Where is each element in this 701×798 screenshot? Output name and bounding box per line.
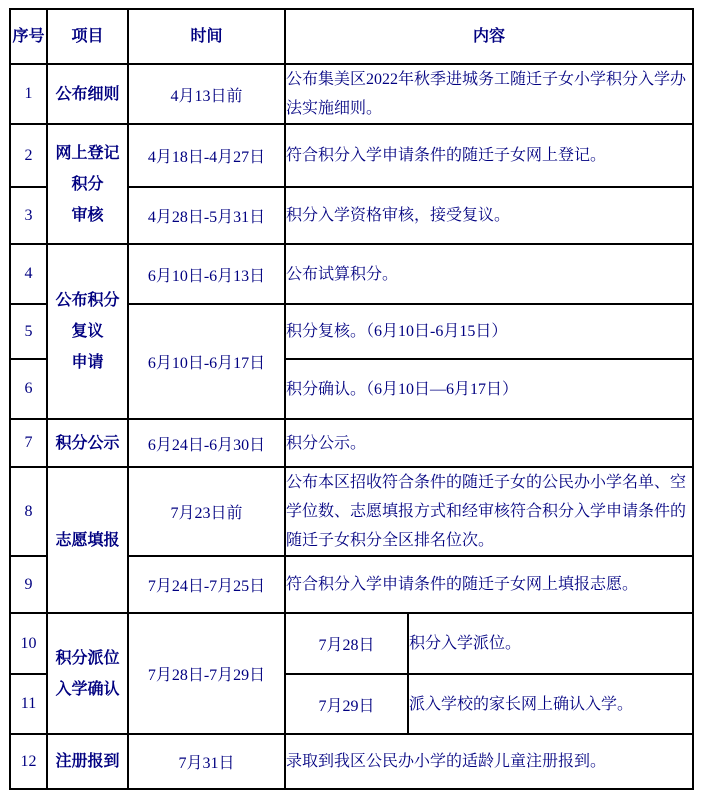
cell-project-8-9: 志愿填报 <box>47 467 128 613</box>
cell-no-5: 5 <box>10 304 47 359</box>
cell-no-6: 6 <box>10 359 47 419</box>
cell-content-4: 公布试算积分。 <box>285 244 693 304</box>
cell-content-1: 公布集美区2022年秋季进城务工随迁子女小学积分入学办法实施细则。 <box>285 64 693 124</box>
table-row: 12 注册报到 7月31日 录取到我区公民办小学的适龄儿童注册报到。 <box>10 734 693 789</box>
header-cell-content: 内容 <box>285 9 693 64</box>
cell-project-7: 积分公示 <box>47 419 128 467</box>
header-cell-project: 项目 <box>47 9 128 64</box>
cell-no-1: 1 <box>10 64 47 124</box>
table-row: 8 志愿填报 7月23日前 公布本区招收符合条件的随迁子女的公民办小学名单、空学… <box>10 467 693 556</box>
cell-no-8: 8 <box>10 467 47 556</box>
table-row: 4 公布积分 复议 申请 6月10日-6月13日 公布试算积分。 <box>10 244 693 304</box>
cell-time-4: 6月10日-6月13日 <box>128 244 285 304</box>
cell-time-7: 6月24日-6月30日 <box>128 419 285 467</box>
cell-time-2: 4月18日-4月27日 <box>128 124 285 187</box>
table-row: 10 积分派位 入学确认 7月28日-7月29日 7月28日 积分入学派位。 <box>10 613 693 674</box>
cell-time-1: 4月13日前 <box>128 64 285 124</box>
cell-content-5: 积分复核。（6月10日-6月15日） <box>285 304 693 359</box>
table-row: 1 公布细则 4月13日前 公布集美区2022年秋季进城务工随迁子女小学积分入学… <box>10 64 693 124</box>
cell-subtime-10: 7月28日 <box>285 613 408 674</box>
cell-content-2: 符合积分入学申请条件的随迁子女网上登记。 <box>285 124 693 187</box>
cell-time-5-6: 6月10日-6月17日 <box>128 304 285 419</box>
cell-no-3: 3 <box>10 187 47 244</box>
cell-time-12: 7月31日 <box>128 734 285 789</box>
enrollment-schedule-table: 序号 项目 时间 内容 1 公布细则 4月13日前 公布集美区2022年秋季进城… <box>9 8 694 790</box>
cell-no-9: 9 <box>10 556 47 613</box>
cell-time-9: 7月24日-7月25日 <box>128 556 285 613</box>
cell-project-12: 注册报到 <box>47 734 128 789</box>
cell-no-10: 10 <box>10 613 47 674</box>
cell-subcontent-11: 派入学校的家长网上确认入学。 <box>408 674 693 734</box>
cell-content-7: 积分公示。 <box>285 419 693 467</box>
cell-content-6: 积分确认。（6月10日—6月17日） <box>285 359 693 419</box>
cell-content-8: 公布本区招收符合条件的随迁子女的公民办小学名单、空学位数、志愿填报方式和经审核符… <box>285 467 693 556</box>
cell-content-3: 积分入学资格审核，接受复议。 <box>285 187 693 244</box>
cell-project-10-11: 积分派位 入学确认 <box>47 613 128 734</box>
cell-time-10-11: 7月28日-7月29日 <box>128 613 285 734</box>
header-cell-time: 时间 <box>128 9 285 64</box>
cell-subcontent-10: 积分入学派位。 <box>408 613 693 674</box>
cell-time-3: 4月28日-5月31日 <box>128 187 285 244</box>
table-header-row: 序号 项目 时间 内容 <box>10 9 693 64</box>
table-row: 2 网上登记 积分 审核 4月18日-4月27日 符合积分入学申请条件的随迁子女… <box>10 124 693 187</box>
header-cell-no: 序号 <box>10 9 47 64</box>
enrollment-schedule-page: 序号 项目 时间 内容 1 公布细则 4月13日前 公布集美区2022年秋季进城… <box>0 0 701 798</box>
cell-content-9: 符合积分入学申请条件的随迁子女网上填报志愿。 <box>285 556 693 613</box>
cell-project-1: 公布细则 <box>47 64 128 124</box>
cell-time-8: 7月23日前 <box>128 467 285 556</box>
cell-no-12: 12 <box>10 734 47 789</box>
cell-content-12: 录取到我区公民办小学的适龄儿童注册报到。 <box>285 734 693 789</box>
cell-no-2: 2 <box>10 124 47 187</box>
cell-no-11: 11 <box>10 674 47 734</box>
cell-project-2-3: 网上登记 积分 审核 <box>47 124 128 244</box>
cell-project-4-6: 公布积分 复议 申请 <box>47 244 128 419</box>
cell-no-4: 4 <box>10 244 47 304</box>
cell-subtime-11: 7月29日 <box>285 674 408 734</box>
cell-no-7: 7 <box>10 419 47 467</box>
table-row: 7 积分公示 6月24日-6月30日 积分公示。 <box>10 419 693 467</box>
